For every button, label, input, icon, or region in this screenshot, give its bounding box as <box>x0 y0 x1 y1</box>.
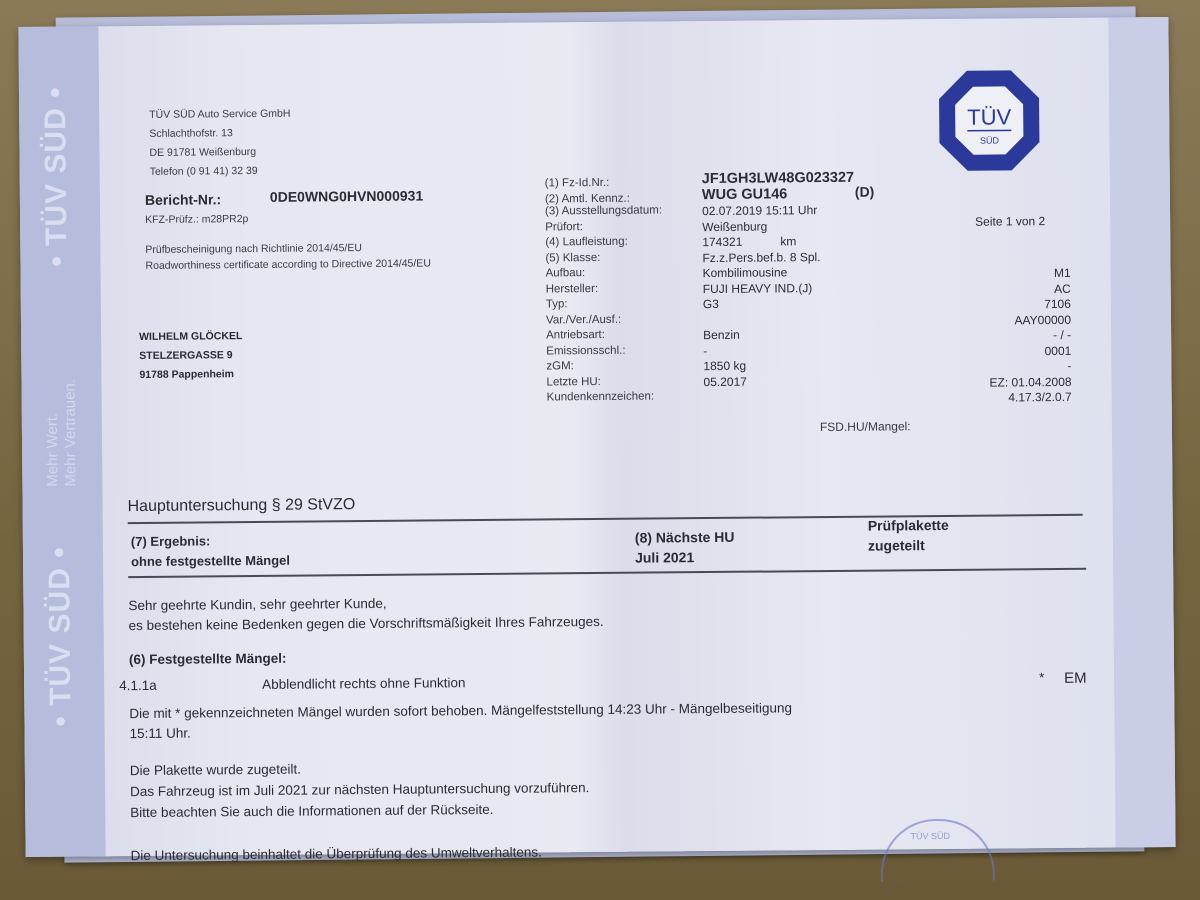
backside-text: Bitte beachten Sie auch die Informatione… <box>130 798 589 823</box>
vehicle-field-value: JF1GH3LW48G023327 <box>702 170 854 187</box>
defect-mark: * <box>1039 670 1044 685</box>
vehicle-field-label: (2) Amtl. Kennz.: <box>545 192 630 205</box>
vehicle-field-value: Benzin <box>703 328 740 342</box>
slogan-line-2: Mehr Vertrauen. <box>61 379 79 487</box>
vehicle-code: 7106 <box>1044 297 1071 311</box>
vehicle-code: EZ: 01.04.2008 <box>989 374 1071 389</box>
company-address: TÜV SÜD Auto Service GmbH Schlachthofstr… <box>149 105 291 182</box>
company-phone: Telefon (0 91 41) 32 39 <box>150 162 291 182</box>
inspection-title: Hauptuntersuchung § 29 StVZO <box>128 496 356 516</box>
mileage-unit: km <box>780 234 796 248</box>
vehicle-field-label: Hersteller: <box>546 282 599 294</box>
vehicle-field-value: 05.2017 <box>703 374 747 388</box>
tuv-sud-logo-icon: TÜV SÜD <box>937 68 1042 173</box>
company-street: Schlachthofstr. 13 <box>149 124 290 144</box>
defects-title: (6) Festgestellte Mängel: <box>129 651 287 667</box>
report-number-label: Bericht-Nr.: <box>145 191 221 208</box>
divider-bottom <box>128 568 1086 578</box>
brand-text-top: • TÜV SÜD • <box>39 57 81 267</box>
badge-line-2: zugeteilt <box>868 537 925 553</box>
vehicle-field-label: Kundenkennzeichen: <box>547 391 655 404</box>
vehicle-field-label: (5) Klasse: <box>545 251 600 263</box>
vehicle-field-value: Fz.z.Pers.bef.b. 8 Spl. <box>702 250 820 265</box>
next-hu-value: Juli 2021 <box>635 549 694 566</box>
defect-category: EM <box>1064 670 1087 687</box>
owner-address: WILHELM GLÖCKEL STELZERGASSE 9 91788 Pap… <box>139 327 243 385</box>
fsd-label: FSD.HU/Mangel: <box>820 419 911 434</box>
vehicle-field-label: (1) Fz-Id.Nr.: <box>545 177 610 190</box>
vehicle-field-value: WUG GU146 <box>702 186 788 203</box>
svg-text:TÜV: TÜV <box>967 104 1012 129</box>
vehicle-code: - / - <box>1053 328 1071 342</box>
svg-text:SÜD: SÜD <box>980 135 1000 145</box>
defect-code: 4.1.1a <box>119 678 157 693</box>
slogan-line-1: Mehr Wert. <box>44 413 62 487</box>
statement: es bestehen keine Bedenken gegen die Vor… <box>129 612 604 636</box>
result-value: ohne festgestellte Mängel <box>131 553 290 569</box>
vehicle-field-label: Var./Ver./Ausf.: <box>546 313 621 326</box>
right-edge-strip <box>1108 17 1175 847</box>
owner-city: 91788 Pappenheim <box>139 365 242 385</box>
vehicle-field-value: Kombilimousine <box>703 265 788 280</box>
vehicle-code: M1 <box>1054 266 1071 280</box>
brand-text-bottom: • TÜV SÜD • <box>43 496 85 726</box>
page-indicator: Seite 1 von 2 <box>975 214 1045 229</box>
slogan: Mehr Wert. Mehr Vertrauen. <box>43 286 85 486</box>
inspection-report-document: • TÜV SÜD • Mehr Wert. Mehr Vertrauen. •… <box>18 17 1175 857</box>
vehicle-field-label: (4) Laufleistung: <box>545 236 628 249</box>
vehicle-code: - <box>1067 359 1071 373</box>
brand-sidebar-strip: • TÜV SÜD • Mehr Wert. Mehr Vertrauen. •… <box>18 26 105 857</box>
vehicle-field-value: Weißenburg <box>702 219 767 234</box>
kfz-pruef: KFZ-Prüfz.: m28PR2p <box>145 213 248 226</box>
vehicle-code: AAY00000 <box>1014 312 1071 326</box>
certificate-en: Roadworthiness certificate according to … <box>145 257 431 271</box>
badge-line-1: Prüfplakette <box>868 517 949 534</box>
owner-street: STELZERGASSE 9 <box>139 346 242 366</box>
vehicle-field-label: (3) Ausstellungsdatum: <box>545 204 662 217</box>
vehicle-field-label: Emissionsschl.: <box>546 344 625 357</box>
next-hu-label: (8) Nächste HU <box>635 529 735 546</box>
vehicle-field-value: 1850 kg <box>703 359 746 373</box>
vehicle-field-label: Prüfort: <box>545 221 583 233</box>
vehicle-code: 4.17.3/2.0.7 <box>1008 390 1072 405</box>
vehicle-field-label: Typ: <box>546 298 568 310</box>
vehicle-field-value: - <box>703 344 707 358</box>
vehicle-code: AC <box>1054 281 1071 295</box>
defect-description: Abblendlicht rechts ohne Funktion <box>262 675 466 692</box>
result-label: (7) Ergebnis: <box>131 533 211 549</box>
defects-note: Die mit * gekennzeichneten Mängel wurden… <box>129 696 1089 744</box>
company-city: DE 91781 Weißenburg <box>149 143 290 163</box>
vehicle-field-label: Antriebsart: <box>546 329 605 342</box>
vehicle-field-label: zGM: <box>546 360 574 372</box>
plate-country: (D) <box>855 183 875 199</box>
report-number: 0DE0WNG0HVN000931 <box>270 188 423 205</box>
certificate-de: Prüfbescheinigung nach Richtlinie 2014/4… <box>145 242 362 256</box>
vehicle-field-value: 02.07.2019 15:11 Uhr <box>702 203 817 218</box>
vehicle-field-label: Letzte HU: <box>546 375 600 387</box>
closing-text: Die Plakette wurde zugeteilt. Das Fahrze… <box>130 756 590 823</box>
company-name: TÜV SÜD Auto Service GmbH <box>149 105 290 125</box>
owner-name: WILHELM GLÖCKEL <box>139 327 242 347</box>
vehicle-code: 0001 <box>1044 343 1071 357</box>
vehicle-field-value: FUJI HEAVY IND.(J) <box>703 281 813 296</box>
vehicle-field-value: 174321 <box>702 235 742 249</box>
intro-text: Sehr geehrte Kundin, sehr geehrter Kunde… <box>128 592 603 636</box>
stamp-icon: TÜV SÜD <box>880 819 995 882</box>
vehicle-field-value: G3 <box>703 297 719 311</box>
next-info-text: Das Fahrzeug ist im Juli 2021 zur nächst… <box>130 777 589 802</box>
vehicle-field-label: Aufbau: <box>546 267 586 279</box>
